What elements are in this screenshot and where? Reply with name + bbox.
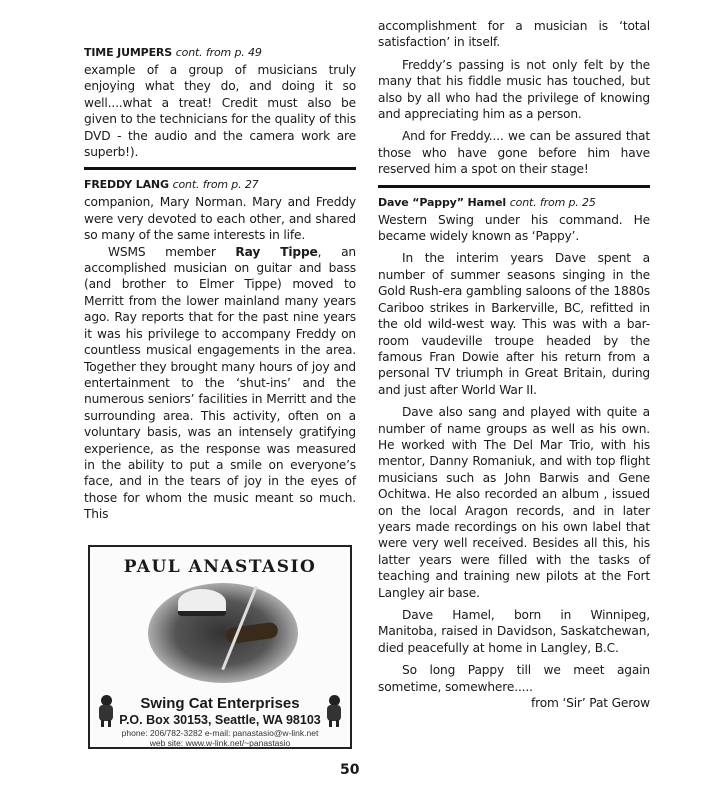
freddy-lang-paragraph-1: companion, Mary Norman. Mary and Freddy … xyxy=(84,194,356,243)
dave-hamel-heading: Dave “Pappy” Hamel cont. from p. 25 xyxy=(378,195,650,210)
ad-website: web site: www.w-link.net/~panastasio xyxy=(90,738,350,748)
author-credit: from ‘Sir’ Pat Gerow xyxy=(378,695,650,711)
time-jumpers-paragraph: example of a group of musicians truly en… xyxy=(84,62,356,160)
freddy-lang-paragraph-2: WSMS member Ray Tippe, an accomplished m… xyxy=(84,244,356,523)
page-number: 50 xyxy=(340,762,359,778)
left-column: TIME JUMPERS cont. from p. 49 example of… xyxy=(84,45,356,523)
hat-icon xyxy=(178,589,226,616)
dave-hamel-paragraph-4: Dave Hamel, born in Winnipeg, Manitoba, … xyxy=(378,607,650,656)
ad-contact: phone: 206/782-3282 e-mail: panastasio@w… xyxy=(90,728,350,738)
ad-company: Swing Cat Enterprises xyxy=(90,695,350,712)
fiddler-photo xyxy=(148,583,298,683)
time-jumpers-heading: TIME JUMPERS cont. from p. 49 xyxy=(84,45,356,60)
ad-address: P.O. Box 30153, Seattle, WA 98103 xyxy=(90,713,350,727)
dave-hamel-paragraph-1: Western Swing under his command. He beca… xyxy=(378,212,650,245)
section-divider xyxy=(84,167,356,170)
section-divider xyxy=(378,185,650,188)
ad-title: PAUL ANASTASIO xyxy=(90,557,350,577)
freddy-continued-paragraph-2: Freddy’s passing is not only felt by the… xyxy=(378,57,650,123)
freddy-continued-paragraph-3: And for Freddy.... we can be assured tha… xyxy=(378,128,650,177)
freddy-continued-paragraph-1: accomplishment for a musician is ‘total … xyxy=(378,18,650,51)
right-column: accomplishment for a musician is ‘total … xyxy=(378,18,650,711)
dave-hamel-paragraph-3: Dave also sang and played with quite a n… xyxy=(378,404,650,601)
dave-hamel-paragraph-2: In the interim years Dave spent a number… xyxy=(378,250,650,398)
freddy-lang-heading: FREDDY LANG cont. from p. 27 xyxy=(84,177,356,192)
paul-anastasio-advertisement: PAUL ANASTASIO Swing Cat Enterprises P.O… xyxy=(88,545,352,749)
dave-hamel-paragraph-5: So long Pappy till we meet again sometim… xyxy=(378,662,650,695)
ray-tippe-name: Ray Tippe xyxy=(235,245,317,259)
